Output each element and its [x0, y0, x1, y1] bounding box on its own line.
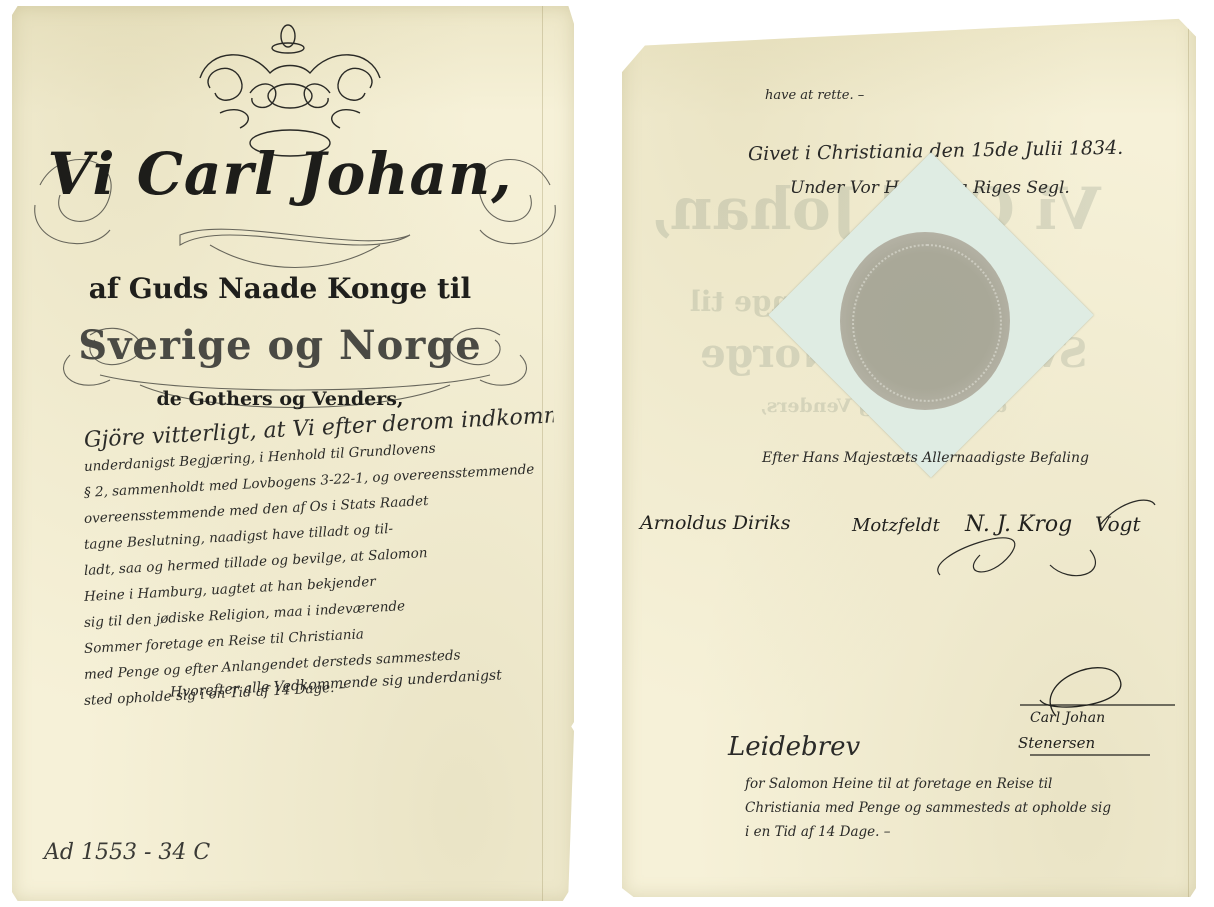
heading-king-name: Vi Carl Johan, — [20, 140, 540, 208]
command-line: Efter Hans Majestæts Allernaadigste Befa… — [762, 450, 1089, 466]
docket-line: Christiania med Penge og sammesteds at o… — [745, 800, 1111, 816]
signature-motzfeldt: Motzfeldt — [852, 515, 940, 536]
archive-number: Ad 1553 - 34 C — [44, 840, 210, 865]
heading-by-grace: af Guds Naade Konge til — [20, 272, 540, 305]
crown-ornament-icon — [180, 18, 400, 158]
docket-title: Leidebrev — [728, 732, 860, 762]
opening-line: have at rette. – — [765, 88, 864, 103]
heading-goths-wends: de Gothers og Venders, — [20, 388, 540, 410]
heading-kingdoms: Sverige og Norge — [20, 322, 540, 369]
royal-signature: Carl Johan — [1030, 710, 1105, 726]
signature-vogt: Vogt — [1095, 512, 1141, 536]
signature-krog: N. J. Krog — [965, 512, 1072, 537]
countersignature: Stenersen — [1018, 734, 1095, 752]
seal-inscription-ring — [852, 244, 1002, 402]
fold-line — [1188, 10, 1189, 897]
docket-line: i en Tid af 14 Dage. – — [745, 824, 890, 840]
signature-diriks: Arnoldus Diriks — [640, 512, 790, 534]
docket-line: for Salomon Heine til at foretage en Rei… — [745, 776, 1052, 792]
